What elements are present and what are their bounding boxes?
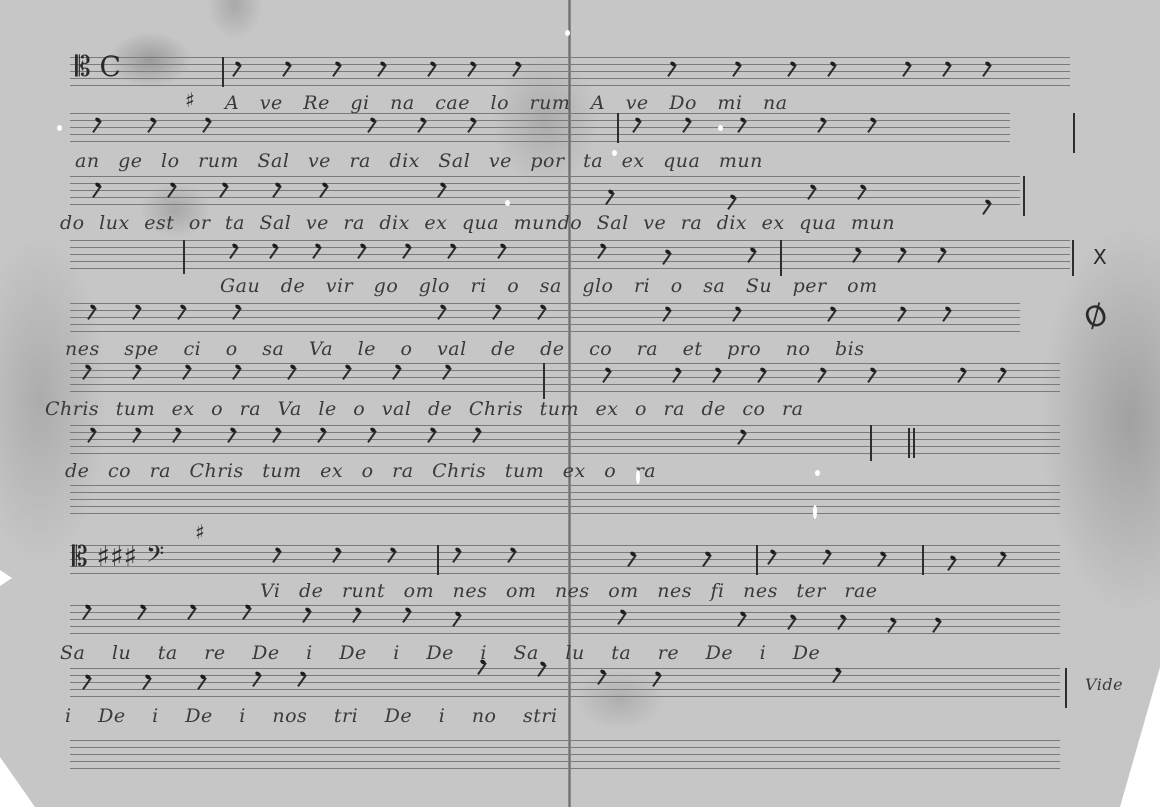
- lyric-line: A ve Re gi na cae lo rum A ve Do mi na: [225, 92, 788, 114]
- barline: [222, 57, 224, 87]
- lyric-line: Vi de runt om nes om nes om nes fi nes t…: [260, 580, 878, 602]
- barline: [870, 425, 872, 461]
- barline: [780, 240, 782, 276]
- barline: [922, 545, 924, 575]
- staff: [70, 485, 1060, 514]
- staff: [70, 740, 1060, 769]
- lyric-line: Chris tum ex o ra Va le o val de Chris t…: [45, 398, 803, 420]
- staff: [70, 668, 1060, 697]
- lyric-line: Gau de vir go glo ri o sa glo ri o sa Su…: [220, 275, 878, 297]
- monogram-mark: Ø: [1079, 297, 1113, 336]
- lyric-line: nes spe ci o sa Va le o val de de co ra …: [65, 338, 865, 360]
- key-signature: ♯: [195, 520, 205, 544]
- barline: [617, 113, 619, 143]
- lyric-line: an ge lo rum Sal ve ra dix Sal ve por ta…: [75, 150, 763, 172]
- staff: [70, 240, 1070, 269]
- barline: [756, 545, 758, 575]
- x-mark: X: [1093, 245, 1107, 269]
- lyric-line: de co ra Chris tum ex o ra Chris tum ex …: [65, 460, 656, 482]
- paper-speck: [813, 505, 817, 519]
- paper-speck: [718, 125, 723, 131]
- paper-speck: [612, 150, 617, 156]
- barline: [1072, 240, 1074, 276]
- paper-speck: [636, 470, 640, 484]
- barline: [913, 428, 915, 458]
- paper-speck: [815, 470, 820, 476]
- barline: [437, 545, 439, 575]
- torn-corner: [0, 757, 35, 807]
- lyric-line: Sa lu ta re De i De i De i Sa lu ta re D…: [60, 642, 820, 664]
- staff: [70, 605, 1060, 634]
- staff: [70, 425, 1060, 454]
- clef-symbol: 𝄡 C: [75, 50, 121, 84]
- barline: [1065, 668, 1067, 708]
- lyric-line: do lux est or ta Sal ve ra dix ex qua mu…: [60, 212, 895, 234]
- barline: [1023, 176, 1025, 216]
- staff: [70, 176, 1020, 205]
- barline: [908, 428, 910, 458]
- margin-note: Vide: [1085, 675, 1123, 694]
- paper-speck: [505, 200, 510, 206]
- barline: [183, 240, 185, 274]
- torn-corner: [1120, 667, 1160, 807]
- barline: [543, 363, 545, 399]
- staff: [70, 57, 1070, 86]
- paper-speck: [565, 30, 570, 36]
- paper-speck: [57, 125, 62, 131]
- key-signature: ♯: [185, 88, 195, 112]
- lyric-line: i De i De i nos tri De i no stri: [65, 705, 558, 727]
- staff: [70, 545, 1060, 574]
- staff: [70, 363, 1060, 392]
- clef-symbol: 𝄡 ♯♯♯ 𝄢: [72, 540, 164, 574]
- torn-edge: [0, 570, 12, 586]
- manuscript-page: 𝄡 C ♯ 𝄡 ♯♯♯ 𝄢 ♯: [0, 0, 1160, 807]
- barline: [1073, 113, 1075, 153]
